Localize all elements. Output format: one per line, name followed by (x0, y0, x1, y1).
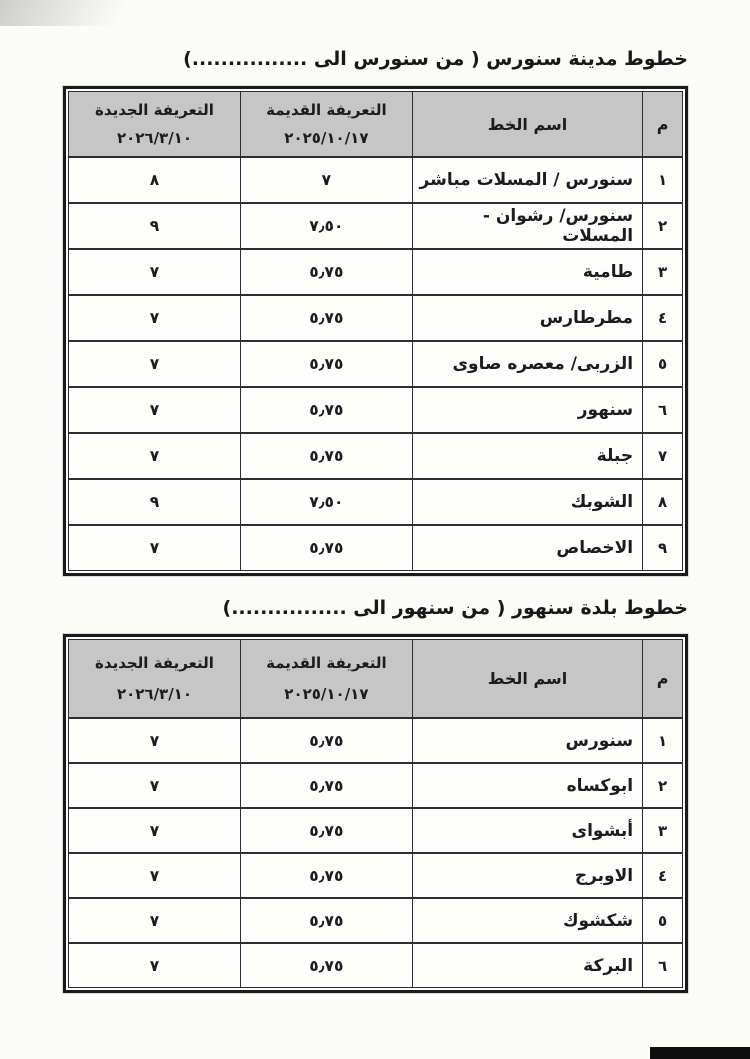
row-new-fare: ٧ (69, 249, 241, 295)
header-serial: م (643, 92, 683, 158)
row-line-name: سنهور (412, 387, 642, 433)
row-old-fare: ٥٫٧٥ (240, 943, 412, 988)
row-new-fare: ٨ (69, 157, 241, 203)
header-new-tariff-label: التعريفة الجديدة (95, 654, 214, 672)
header-old-tariff: التعريفة القديمة ٢٠٢٥/١٠/١٧ (240, 92, 412, 158)
header-old-tariff-label: التعريفة القديمة (266, 101, 386, 119)
row-new-fare: ٧ (69, 387, 241, 433)
row-new-fare: ٧ (69, 853, 241, 898)
scanned-document-page: خطوط مدينة سنورس ( من سنورس الى ........… (0, 0, 750, 993)
header-new-tariff: التعريفة الجديدة ٢٠٢٦/٣/١٠ (69, 92, 241, 158)
row-old-fare: ٥٫٧٥ (240, 853, 412, 898)
row-new-fare: ٧ (69, 341, 241, 387)
row-old-fare: ٥٫٧٥ (240, 718, 412, 763)
row-old-fare: ٥٫٧٥ (240, 898, 412, 943)
row-old-fare: ٥٫٧٥ (240, 295, 412, 341)
table-row: ٨ الشوبك ٧٫٥٠ ٩ (69, 479, 683, 525)
row-old-fare: ٥٫٧٥ (240, 249, 412, 295)
header-old-tariff: التعريفة القديمة ٢٠٢٥/١٠/١٧ (240, 640, 412, 719)
row-new-fare: ٧ (69, 898, 241, 943)
table-row: ٣ أبشواى ٥٫٧٥ ٧ (69, 808, 683, 853)
table-row: ٦ البركة ٥٫٧٥ ٧ (69, 943, 683, 988)
row-line-name: مطرطارس (412, 295, 642, 341)
row-new-fare: ٩ (69, 479, 241, 525)
row-new-fare: ٧ (69, 295, 241, 341)
row-new-fare: ٩ (69, 203, 241, 249)
table-row: ٢ سنورس/ رشوان - المسلات ٧٫٥٠ ٩ (69, 203, 683, 249)
row-serial: ١ (643, 718, 683, 763)
row-new-fare: ٧ (69, 763, 241, 808)
row-serial: ٩ (643, 525, 683, 571)
row-line-name: أبشواى (412, 808, 642, 853)
scan-artifact-bar (650, 1047, 750, 1059)
row-old-fare: ٧ (240, 157, 412, 203)
fare-section: خطوط مدينة سنورس ( من سنورس الى ........… (63, 46, 688, 576)
table-row: ٩ الاخصاص ٥٫٧٥ ٧ (69, 525, 683, 571)
row-line-name: ابوكساه (412, 763, 642, 808)
row-serial: ٢ (643, 763, 683, 808)
row-line-name: البركة (412, 943, 642, 988)
section-title: خطوط مدينة سنورس ( من سنورس الى ........… (63, 46, 688, 72)
table-body: ١ سنورس ٥٫٧٥ ٧ ٢ ابوكساه ٥٫٧٥ ٧ ٣ أبشواى… (69, 718, 683, 988)
row-old-fare: ٥٫٧٥ (240, 763, 412, 808)
header-old-tariff-date: ٢٠٢٥/١٠/١٧ (284, 129, 368, 147)
row-line-name: الاخصاص (412, 525, 642, 571)
row-old-fare: ٥٫٧٥ (240, 808, 412, 853)
row-line-name: جبلة (412, 433, 642, 479)
table-row: ٥ شكشوك ٥٫٧٥ ٧ (69, 898, 683, 943)
row-serial: ٢ (643, 203, 683, 249)
table-header-row: م اسم الخط التعريفة القديمة ٢٠٢٥/١٠/١٧ (69, 640, 683, 719)
row-line-name: الاوبرج (412, 853, 642, 898)
row-serial: ٥ (643, 341, 683, 387)
table-row: ٤ مطرطارس ٥٫٧٥ ٧ (69, 295, 683, 341)
header-serial: م (643, 640, 683, 719)
table-row: ١ سنورس ٥٫٧٥ ٧ (69, 718, 683, 763)
row-serial: ٤ (643, 853, 683, 898)
row-new-fare: ٧ (69, 808, 241, 853)
header-new-tariff: التعريفة الجديدة ٢٠٢٦/٣/١٠ (69, 640, 241, 719)
fare-section: خطوط بلدة سنهور ( من سنهور الى .........… (63, 595, 688, 993)
header-old-tariff-label: التعريفة القديمة (266, 654, 386, 672)
header-line-name: اسم الخط (412, 640, 642, 719)
row-line-name: الشوبك (412, 479, 642, 525)
row-old-fare: ٧٫٥٠ (240, 203, 412, 249)
table-row: ١ سنورس / المسلات مباشر ٧ ٨ (69, 157, 683, 203)
table-row: ٢ ابوكساه ٥٫٧٥ ٧ (69, 763, 683, 808)
table-row: ٥ الزربى/ معصره صاوى ٥٫٧٥ ٧ (69, 341, 683, 387)
row-new-fare: ٧ (69, 943, 241, 988)
row-new-fare: ٧ (69, 525, 241, 571)
fare-table: م اسم الخط التعريفة القديمة ٢٠٢٥/١٠/١٧ (68, 639, 683, 988)
row-serial: ٥ (643, 898, 683, 943)
section-title: خطوط بلدة سنهور ( من سنهور الى .........… (63, 595, 688, 621)
row-line-name: طامية (412, 249, 642, 295)
row-serial: ٨ (643, 479, 683, 525)
row-serial: ١ (643, 157, 683, 203)
fare-table-frame: م اسم الخط التعريفة القديمة ٢٠٢٥/١٠/١٧ (63, 86, 688, 576)
table-row: ٧ جبلة ٥٫٧٥ ٧ (69, 433, 683, 479)
row-new-fare: ٧ (69, 433, 241, 479)
table-row: ٤ الاوبرج ٥٫٧٥ ٧ (69, 853, 683, 898)
row-old-fare: ٧٫٥٠ (240, 479, 412, 525)
row-old-fare: ٥٫٧٥ (240, 387, 412, 433)
row-line-name: سنورس/ رشوان - المسلات (412, 203, 642, 249)
row-old-fare: ٥٫٧٥ (240, 433, 412, 479)
row-serial: ٦ (643, 387, 683, 433)
header-line-name: اسم الخط (412, 92, 642, 158)
header-new-tariff-date: ٢٠٢٦/٣/١٠ (117, 685, 192, 703)
table-body: ١ سنورس / المسلات مباشر ٧ ٨ ٢ سنورس/ رشو… (69, 157, 683, 571)
table-row: ٣ طامية ٥٫٧٥ ٧ (69, 249, 683, 295)
row-line-name: شكشوك (412, 898, 642, 943)
row-line-name: سنورس (412, 718, 642, 763)
row-old-fare: ٥٫٧٥ (240, 341, 412, 387)
table-row: ٦ سنهور ٥٫٧٥ ٧ (69, 387, 683, 433)
fare-table-frame: م اسم الخط التعريفة القديمة ٢٠٢٥/١٠/١٧ (63, 634, 688, 993)
header-new-tariff-label: التعريفة الجديدة (95, 101, 214, 119)
row-line-name: الزربى/ معصره صاوى (412, 341, 642, 387)
header-old-tariff-date: ٢٠٢٥/١٠/١٧ (284, 685, 368, 703)
header-new-tariff-date: ٢٠٢٦/٣/١٠ (117, 129, 192, 147)
row-serial: ٦ (643, 943, 683, 988)
row-serial: ٣ (643, 249, 683, 295)
row-serial: ٣ (643, 808, 683, 853)
row-line-name: سنورس / المسلات مباشر (412, 157, 642, 203)
table-header-row: م اسم الخط التعريفة القديمة ٢٠٢٥/١٠/١٧ (69, 92, 683, 158)
row-serial: ٧ (643, 433, 683, 479)
row-old-fare: ٥٫٧٥ (240, 525, 412, 571)
fare-table: م اسم الخط التعريفة القديمة ٢٠٢٥/١٠/١٧ (68, 91, 683, 571)
row-serial: ٤ (643, 295, 683, 341)
row-new-fare: ٧ (69, 718, 241, 763)
